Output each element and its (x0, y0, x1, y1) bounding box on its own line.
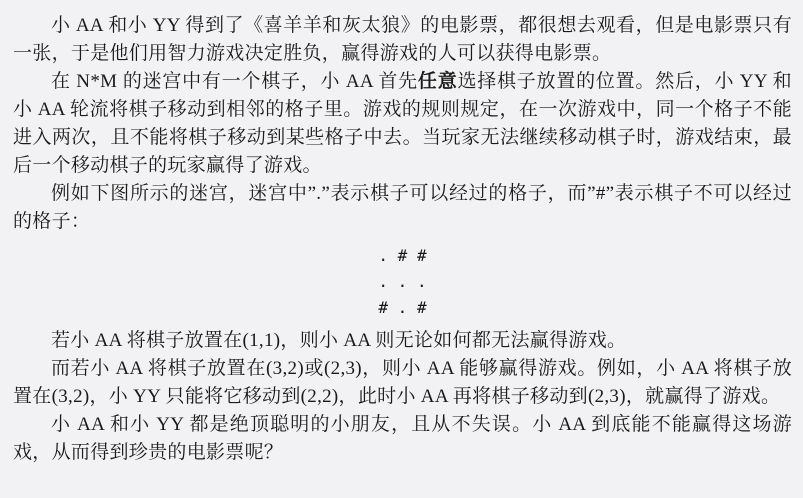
paragraph-maze-legend: 例如下图所示的迷宫，迷宫中”.”表示棋子可以经过的格子，而”#”表示棋子不可以经… (13, 180, 792, 236)
rules-text-before: 在 N*M 的迷宫中有一个棋子，小 AA 首先 (51, 71, 418, 92)
paragraph-case-lose: 若小 AA 将棋子放置在(1,1)，则小 AA 则无论如何都无法赢得游戏。 (13, 327, 792, 355)
rules-bold-keyword: 任意 (418, 71, 458, 92)
paragraph-rules: 在 N*M 的迷宫中有一个棋子，小 AA 首先任意选择棋子放置的位置。然后，小 … (13, 68, 792, 180)
maze-row-3: # . # (13, 295, 792, 321)
maze-row-1: . # # (13, 243, 792, 269)
maze-figure: . # # . . . # . # (13, 243, 792, 321)
paragraph-question: 小 AA 和小 YY 都是绝顶聪明的小朋友，且从不失误。小 AA 到底能不能赢得… (13, 411, 792, 467)
problem-statement: 小 AA 和小 YY 得到了《喜羊羊和灰太狼》的电影票，都很想去观看，但是电影票… (0, 0, 803, 467)
paragraph-case-win: 而若小 AA 将棋子放置在(3,2)或(2,3)，则小 AA 能够赢得游戏。例如… (13, 355, 792, 411)
paragraph-intro: 小 AA 和小 YY 得到了《喜羊羊和灰太狼》的电影票，都很想去观看，但是电影票… (13, 12, 792, 68)
maze-row-2: . . . (13, 269, 792, 295)
